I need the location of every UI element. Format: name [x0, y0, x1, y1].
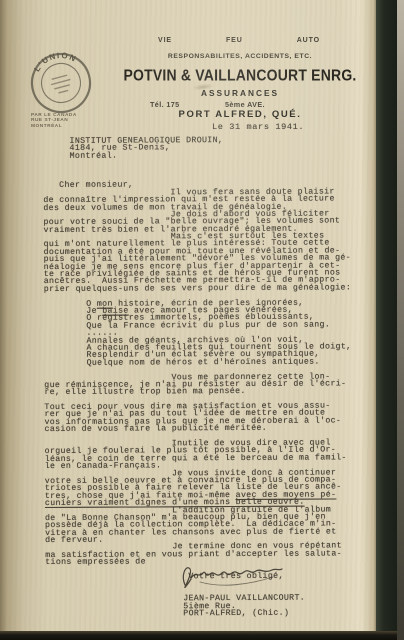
category-vie: VIE [158, 37, 172, 44]
company-name: POTVIN & VAILLANCOURT ENRG. [110, 66, 370, 84]
letter-paper: VIE FEU AUTO RESPONSABILITES, ACCIDENTS,… [0, 0, 376, 631]
stamp-arc-text: L'UNION [30, 49, 81, 75]
scanned-letter-page: VIE FEU AUTO RESPONSABILITES, ACCIDENTS,… [0, 0, 404, 640]
letter-date: Le 31 mars 1941. [212, 122, 304, 132]
union-stamp-seal-icon: L'UNION [27, 49, 95, 117]
stamp-caption-line-3: MONTRÉAL [31, 124, 77, 129]
letterhead-categories: VIE FEU AUTO [158, 37, 320, 44]
svg-text:L'UNION: L'UNION [30, 49, 81, 75]
letterhead-subcategories: RESPONSABILITES, ACCIDENTS, ETC. [120, 53, 360, 60]
company-type: ASSURANCES [120, 88, 360, 98]
phone-number: Tél. 175 [150, 100, 180, 109]
city-line: PORT ALFRED, QUÉ. [120, 109, 360, 120]
letter-body: INSTITUT GENEALOGIQUE DROUIN, 4184, rue … [43, 136, 353, 618]
scan-background-bottom [0, 631, 397, 640]
handwritten-signature [176, 563, 288, 593]
letter-line: PORT-ALFRED, (Chic.) [45, 609, 352, 618]
letter-line: Quelque nom de héros et d'héroïnes antiq… [44, 358, 351, 367]
category-auto: AUTO [297, 37, 320, 44]
stamp-caption: PAR LE CANADA RUE ST-JEAN MONTRÉAL [31, 113, 77, 129]
book-cover-edge [376, 0, 397, 640]
street-address: 5ème AVE. [225, 100, 265, 109]
scan-background-right [397, 0, 404, 640]
letter-line: prier quelques-uns de ses vers pour dire… [44, 284, 351, 293]
category-feu: FEU [226, 37, 243, 44]
